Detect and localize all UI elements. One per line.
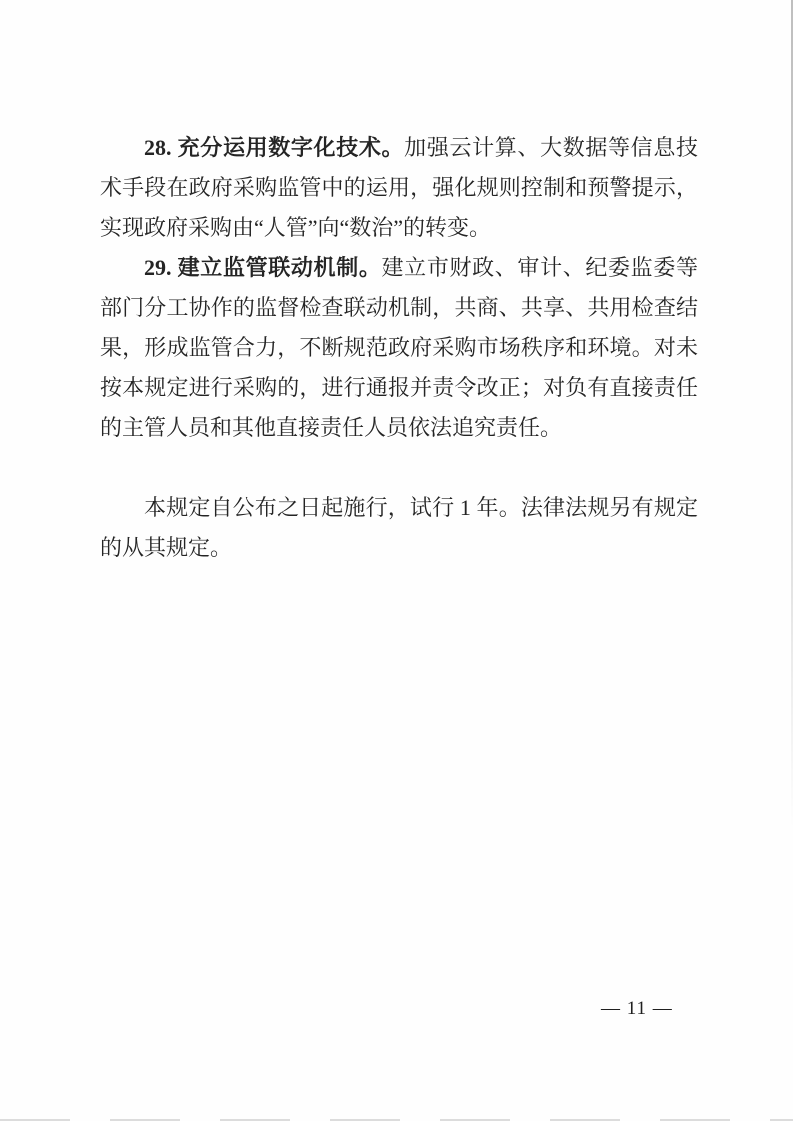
paragraph-28: 28. 充分运用数字化技术。加强云计算、大数据等信息技术手段在政府采购监管中的运… [100, 128, 698, 248]
paragraph-29: 29. 建立监管联动机制。建立市财政、审计、纪委监委等部门分工协作的监督检查联动… [100, 248, 698, 448]
scanned-document-page: 28. 充分运用数字化技术。加强云计算、大数据等信息技术手段在政府采购监管中的运… [0, 0, 793, 1121]
document-body: 28. 充分运用数字化技术。加强云计算、大数据等信息技术手段在政府采购监管中的运… [100, 128, 698, 568]
paragraph-closing-text: 本规定自公布之日起施行，试行 1 年。法律法规另有规定的从其规定。 [100, 495, 698, 560]
paragraph-28-lead: 28. 充分运用数字化技术。 [144, 135, 404, 160]
paragraph-29-text: 建立市财政、审计、纪委监委等部门分工协作的监督检查联动机制，共商、共享、共用检查… [100, 255, 698, 440]
paragraph-closing: 本规定自公布之日起施行，试行 1 年。法律法规另有规定的从其规定。 [100, 488, 698, 568]
paragraph-29-lead: 29. 建立监管联动机制。 [144, 255, 382, 280]
page-number: — 11 — [601, 998, 673, 1020]
